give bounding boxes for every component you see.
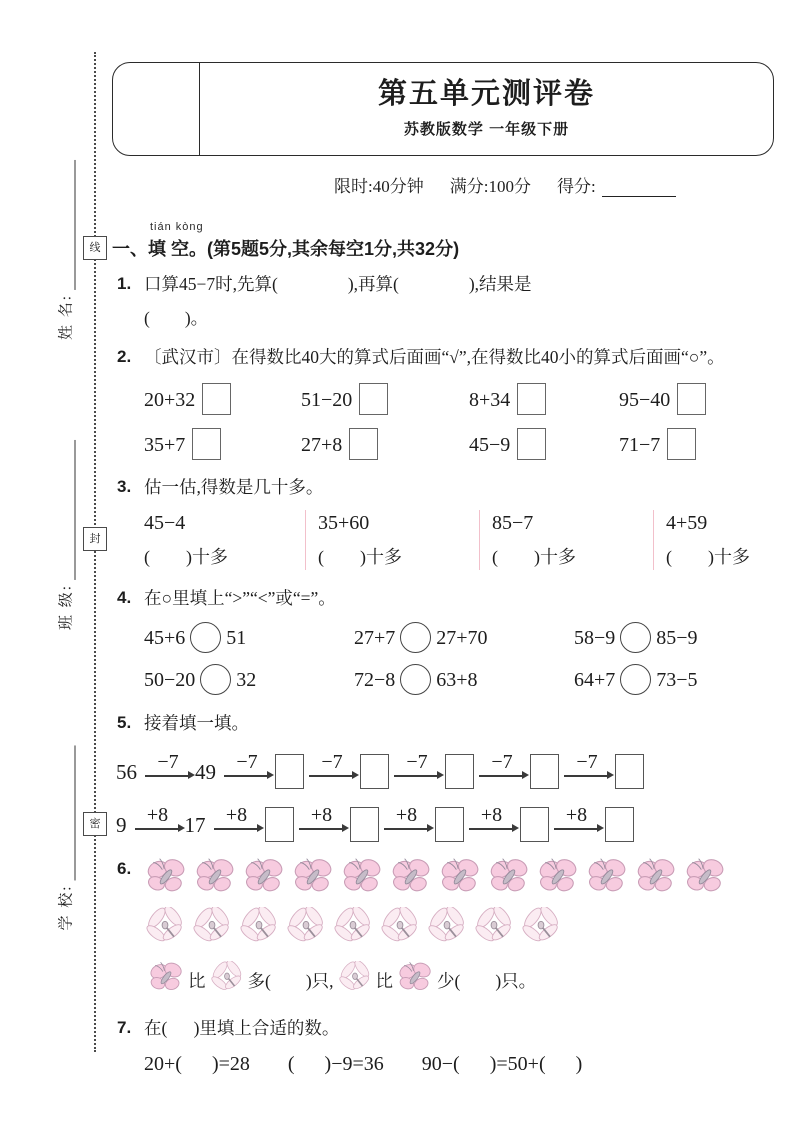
pinyin-annotation: tián kòng	[150, 221, 204, 233]
operation-label: +8	[566, 805, 587, 825]
chain-answer-box[interactable]	[530, 754, 559, 789]
butterfly-icon	[340, 856, 384, 903]
butterfly-icon	[389, 856, 433, 903]
expression-cell: 8+34	[469, 383, 619, 415]
page-subtitle: 苏教版数学 一年级下册	[404, 118, 569, 139]
comparison-cell: 50−2032	[144, 664, 354, 695]
expression-cell: 27+8	[301, 428, 469, 460]
expression: 85−7	[492, 510, 647, 536]
chain-start: 9	[116, 815, 127, 836]
arrow-step: −7	[564, 752, 610, 789]
arrow-icon	[384, 828, 430, 830]
question-6-body: 比 多( )只, 比 少( )只。	[144, 856, 774, 1001]
comparison-circle[interactable]	[620, 622, 651, 653]
question-1-number: 1.	[112, 271, 144, 297]
left-expression: 58−9	[574, 627, 615, 649]
chain-answer-box[interactable]	[350, 807, 379, 842]
arrow-icon	[214, 828, 260, 830]
equation-blank: 90−( )=50+( )	[422, 1051, 582, 1077]
dragonfly-icon	[332, 907, 374, 952]
left-expression: 64+7	[574, 669, 615, 691]
question-5-prompt: 接着填一填。	[144, 710, 774, 736]
question-6-number: 6.	[112, 856, 144, 882]
dragonfly-row	[144, 907, 774, 952]
question-2-row-1: 20+32 51−20 8+34 95−40	[144, 383, 774, 415]
arrow-step: +8	[554, 805, 600, 842]
class-label: 班 级:	[55, 584, 76, 630]
compare-text: 比	[376, 968, 394, 994]
right-expression: 27+70	[436, 627, 487, 649]
left-expression: 27+7	[354, 627, 395, 649]
comparison-cell: 64+773−5	[574, 664, 698, 695]
question-2-body: 〔武汉市〕在得数比40大的算式后面画“√”,在得数比40小的算式后面画“○”。 …	[144, 344, 774, 460]
butterfly-icon	[193, 856, 237, 903]
chain-answer-box[interactable]	[435, 807, 464, 842]
question-3: 3. 估一估,得数是几十多。 45−4 ( )十多 35+60 ( )十多 85…	[112, 474, 774, 570]
chain-answer-box[interactable]	[275, 754, 304, 789]
class-field: 班 级:	[55, 440, 76, 630]
expression: 4+59	[666, 510, 793, 536]
comparison-circle[interactable]	[200, 664, 231, 695]
butterfly-icon	[683, 856, 727, 903]
seal-char-mi: 密	[83, 812, 107, 836]
operation-label: +8	[226, 805, 247, 825]
expression: 35+7	[144, 434, 185, 456]
butterfly-icon	[396, 960, 434, 1001]
arrow-step: +8	[299, 805, 345, 842]
class-blank-line[interactable]	[71, 440, 76, 580]
arrow-icon	[394, 775, 440, 777]
left-expression: 45+6	[144, 627, 185, 649]
operation-label: −7	[321, 752, 342, 772]
time-limit-label: 限时:40分钟	[334, 172, 424, 197]
question-2-prompt: 〔武汉市〕在得数比40大的算式后面画“√”,在得数比40小的算式后面画“○”。	[144, 344, 774, 370]
comparison-cell: 58−985−9	[574, 622, 698, 653]
school-label: 学 校:	[55, 885, 76, 931]
question-7-body: 在( )里填上合适的数。 20+( )=28 ( )−9=36 90−( )=5…	[144, 1015, 774, 1077]
operation-label: +8	[311, 805, 332, 825]
estimate-answer-blank[interactable]: ( )十多	[318, 544, 473, 570]
name-field: 姓 名:	[55, 160, 76, 340]
section-number: 一、	[112, 239, 148, 259]
question-2-row-2: 35+7 27+8 45−9 71−7	[144, 428, 774, 460]
butterfly-icon	[634, 856, 678, 903]
estimate-answer-blank[interactable]: ( )十多	[144, 544, 299, 570]
comparison-cell: 27+727+70	[354, 622, 574, 653]
name-blank-line[interactable]	[71, 160, 76, 290]
arrow-step: −7	[145, 752, 191, 789]
butterfly-icon	[291, 856, 335, 903]
comparison-circle[interactable]	[190, 622, 221, 653]
title-box-center: 第五单元测评卷 苏教版数学 一年级下册	[200, 63, 773, 155]
question-2: 2. 〔武汉市〕在得数比40大的算式后面画“√”,在得数比40小的算式后面画“○…	[112, 344, 774, 460]
arrow-icon	[224, 775, 270, 777]
expression: 51−20	[301, 389, 352, 411]
butterfly-icon	[536, 856, 580, 903]
chain-answer-box[interactable]	[360, 754, 389, 789]
section-points: 。(第5题5分,其余每空1分,共32分)	[189, 239, 459, 259]
right-expression: 63+8	[436, 669, 477, 691]
dragonfly-icon	[191, 907, 233, 952]
school-blank-line[interactable]	[71, 746, 76, 881]
equation-blank: 20+( )=28	[144, 1051, 250, 1077]
section-term: 填 空	[148, 239, 189, 259]
question-5-body: 接着填一填。 56 −7 49 −7 −7 −7 −7 −7 9 +8 17	[144, 710, 774, 842]
butterfly-icon	[585, 856, 629, 903]
question-1-line2: ( )。	[144, 305, 774, 331]
operation-label: −7	[406, 752, 427, 772]
expression: 35+60	[318, 510, 473, 536]
arrow-step: −7	[309, 752, 355, 789]
operation-label: −7	[236, 752, 257, 772]
expression: 45−4	[144, 510, 299, 536]
title-box-left-cell	[113, 63, 200, 155]
seal-char-feng: 封	[83, 527, 107, 551]
estimate-answer-blank[interactable]: ( )十多	[666, 544, 793, 570]
arrow-icon	[299, 828, 345, 830]
more-blank-text: 多( )只,	[248, 968, 334, 994]
question-4-prompt: 在○里填上“>”“<”或“=”。	[144, 585, 774, 611]
dragonfly-icon	[473, 907, 515, 952]
expression-cell: 51−20	[301, 383, 469, 415]
arrow-icon	[554, 828, 600, 830]
comparison-circle[interactable]	[620, 664, 651, 695]
question-4-number: 4.	[112, 585, 144, 611]
expression-cell: 95−40	[619, 383, 773, 415]
dragonfly-icon	[379, 907, 421, 952]
score-blank-line[interactable]	[602, 181, 676, 197]
estimate-cell: 35+60 ( )十多	[306, 510, 480, 570]
question-7: 7. 在( )里填上合适的数。 20+( )=28 ( )−9=36 90−( …	[112, 1015, 774, 1077]
test-paper: 第五单元测评卷 苏教版数学 一年级下册 限时:40分钟 满分:100分 得分: …	[112, 62, 774, 1077]
expression: 45−9	[469, 434, 510, 456]
dragonfly-icon	[337, 961, 373, 1000]
answer-box[interactable]	[359, 383, 388, 415]
question-3-prompt: 估一估,得数是几十多。	[144, 474, 793, 500]
right-expression: 51	[226, 627, 246, 649]
left-expression: 50−20	[144, 669, 195, 691]
question-1: 1. 口算45−7时,先算( ),再算( ),结果是 ( )。	[112, 271, 774, 331]
question-7-number: 7.	[112, 1015, 144, 1041]
question-4-row-2: 50−2032 72−863+8 64+773−5	[144, 664, 774, 695]
estimate-cell: 4+59 ( )十多	[654, 510, 793, 570]
compare-text: 比	[188, 968, 206, 994]
question-6-sentence: 比 多( )只, 比 少( )只。	[144, 960, 774, 1001]
arrow-icon	[469, 828, 515, 830]
expression: 20+32	[144, 389, 195, 411]
page-title: 第五单元测评卷	[378, 79, 595, 111]
operation-label: −7	[576, 752, 597, 772]
arrow-step: +8	[135, 805, 181, 842]
question-4-body: 在○里填上“>”“<”或“=”。 45+651 27+727+70 58−985…	[144, 585, 774, 695]
answer-box[interactable]	[517, 383, 546, 415]
answer-box[interactable]	[192, 428, 221, 460]
question-7-prompt: 在( )里填上合适的数。	[144, 1015, 774, 1041]
expression-cell: 20+32	[144, 383, 301, 415]
butterfly-icon	[438, 856, 482, 903]
question-1-body: 口算45−7时,先算( ),再算( ),结果是 ( )。	[144, 271, 774, 331]
dragonfly-icon	[285, 907, 327, 952]
score-label: 得分:	[557, 172, 596, 197]
comparison-cell: 72−863+8	[354, 664, 574, 695]
dragonfly-icon	[520, 907, 562, 952]
operation-label: −7	[157, 752, 178, 772]
section-1-heading: tián kòng一、填 空。(第5题5分,其余每空1分,共32分)	[112, 221, 774, 261]
dragonfly-icon	[144, 907, 186, 952]
question-7-equations: 20+( )=28 ( )−9=36 90−( )=50+( )	[144, 1051, 774, 1077]
butterfly-icon	[487, 856, 531, 903]
arrow-step: +8	[469, 805, 515, 842]
question-5-number: 5.	[112, 710, 144, 736]
operation-label: +8	[481, 805, 502, 825]
question-4: 4. 在○里填上“>”“<”或“=”。 45+651 27+727+70 58−…	[112, 585, 774, 695]
arrow-icon	[135, 828, 181, 830]
full-score-label: 满分:100分	[450, 172, 531, 197]
comparison-circle[interactable]	[400, 664, 431, 695]
arrow-icon	[309, 775, 355, 777]
right-expression: 73−5	[656, 669, 697, 691]
butterfly-icon	[242, 856, 286, 903]
equation-blank: ( )−9=36	[288, 1051, 384, 1077]
comparison-circle[interactable]	[400, 622, 431, 653]
expression: 8+34	[469, 389, 510, 411]
arrow-step: +8	[384, 805, 430, 842]
answer-box[interactable]	[202, 383, 231, 415]
arrow-icon	[479, 775, 525, 777]
question-4-row-1: 45+651 27+727+70 58−985−9	[144, 622, 774, 653]
chain-answer-box[interactable]	[445, 754, 474, 789]
expression-cell: 71−7	[619, 428, 773, 460]
arrow-step: −7	[479, 752, 525, 789]
estimate-cell: 85−7 ( )十多	[480, 510, 654, 570]
comparison-cell: 45+651	[144, 622, 354, 653]
arrow-step: −7	[394, 752, 440, 789]
answer-box[interactable]	[667, 428, 696, 460]
question-3-body: 估一估,得数是几十多。 45−4 ( )十多 35+60 ( )十多 85−7 …	[144, 474, 793, 570]
title-box: 第五单元测评卷 苏教版数学 一年级下册	[112, 62, 774, 156]
right-expression: 32	[236, 669, 256, 691]
answer-box[interactable]	[349, 428, 378, 460]
question-6: 6. 比 多( )只, 比 少( )只。	[112, 856, 774, 1001]
operation-label: +8	[147, 805, 168, 825]
question-3-grid: 45−4 ( )十多 35+60 ( )十多 85−7 ( )十多 4+59 (…	[144, 510, 793, 570]
chain-answer-box[interactable]	[615, 754, 644, 789]
butterfly-icon	[144, 856, 188, 903]
expression: 27+8	[301, 434, 342, 456]
school-field: 学 校:	[55, 746, 76, 931]
dragonfly-icon	[426, 907, 468, 952]
arrow-icon	[564, 775, 610, 777]
arrow-step: +8	[214, 805, 260, 842]
expression-cell: 45−9	[469, 428, 619, 460]
question-3-number: 3.	[112, 474, 144, 500]
chain-start: 56	[116, 762, 137, 783]
arrow-step: −7	[224, 752, 270, 789]
expression: 71−7	[619, 434, 660, 456]
dragonfly-icon	[209, 961, 245, 1000]
chain-answer-box[interactable]	[265, 807, 294, 842]
question-2-number: 2.	[112, 344, 144, 370]
subtraction-chain: 56 −7 49 −7 −7 −7 −7 −7	[116, 752, 774, 789]
butterfly-icon	[147, 960, 185, 1001]
answer-box[interactable]	[517, 428, 546, 460]
chain-answer-box[interactable]	[605, 807, 634, 842]
answer-box[interactable]	[677, 383, 706, 415]
operation-label: −7	[491, 752, 512, 772]
estimate-answer-blank[interactable]: ( )十多	[492, 544, 647, 570]
arrow-icon	[145, 775, 191, 777]
name-label: 姓 名:	[55, 294, 76, 340]
meta-row: 限时:40分钟 满分:100分 得分:	[112, 172, 774, 197]
chain-answer-box[interactable]	[520, 807, 549, 842]
butterfly-row	[144, 856, 774, 903]
seal-dotted-line	[94, 52, 96, 1052]
question-1-line1: 口算45−7时,先算( ),再算( ),结果是	[144, 271, 774, 297]
seal-char-line: 线	[83, 236, 107, 260]
left-expression: 72−8	[354, 669, 395, 691]
estimate-cell: 45−4 ( )十多	[144, 510, 306, 570]
dragonfly-icon	[238, 907, 280, 952]
question-5: 5. 接着填一填。 56 −7 49 −7 −7 −7 −7 −7 9 +8	[112, 710, 774, 842]
expression: 95−40	[619, 389, 670, 411]
right-expression: 85−9	[656, 627, 697, 649]
less-blank-text: 少( )只。	[437, 968, 536, 994]
addition-chain: 9 +8 17 +8 +8 +8 +8 +8	[116, 805, 774, 842]
expression-cell: 35+7	[144, 428, 301, 460]
operation-label: +8	[396, 805, 417, 825]
